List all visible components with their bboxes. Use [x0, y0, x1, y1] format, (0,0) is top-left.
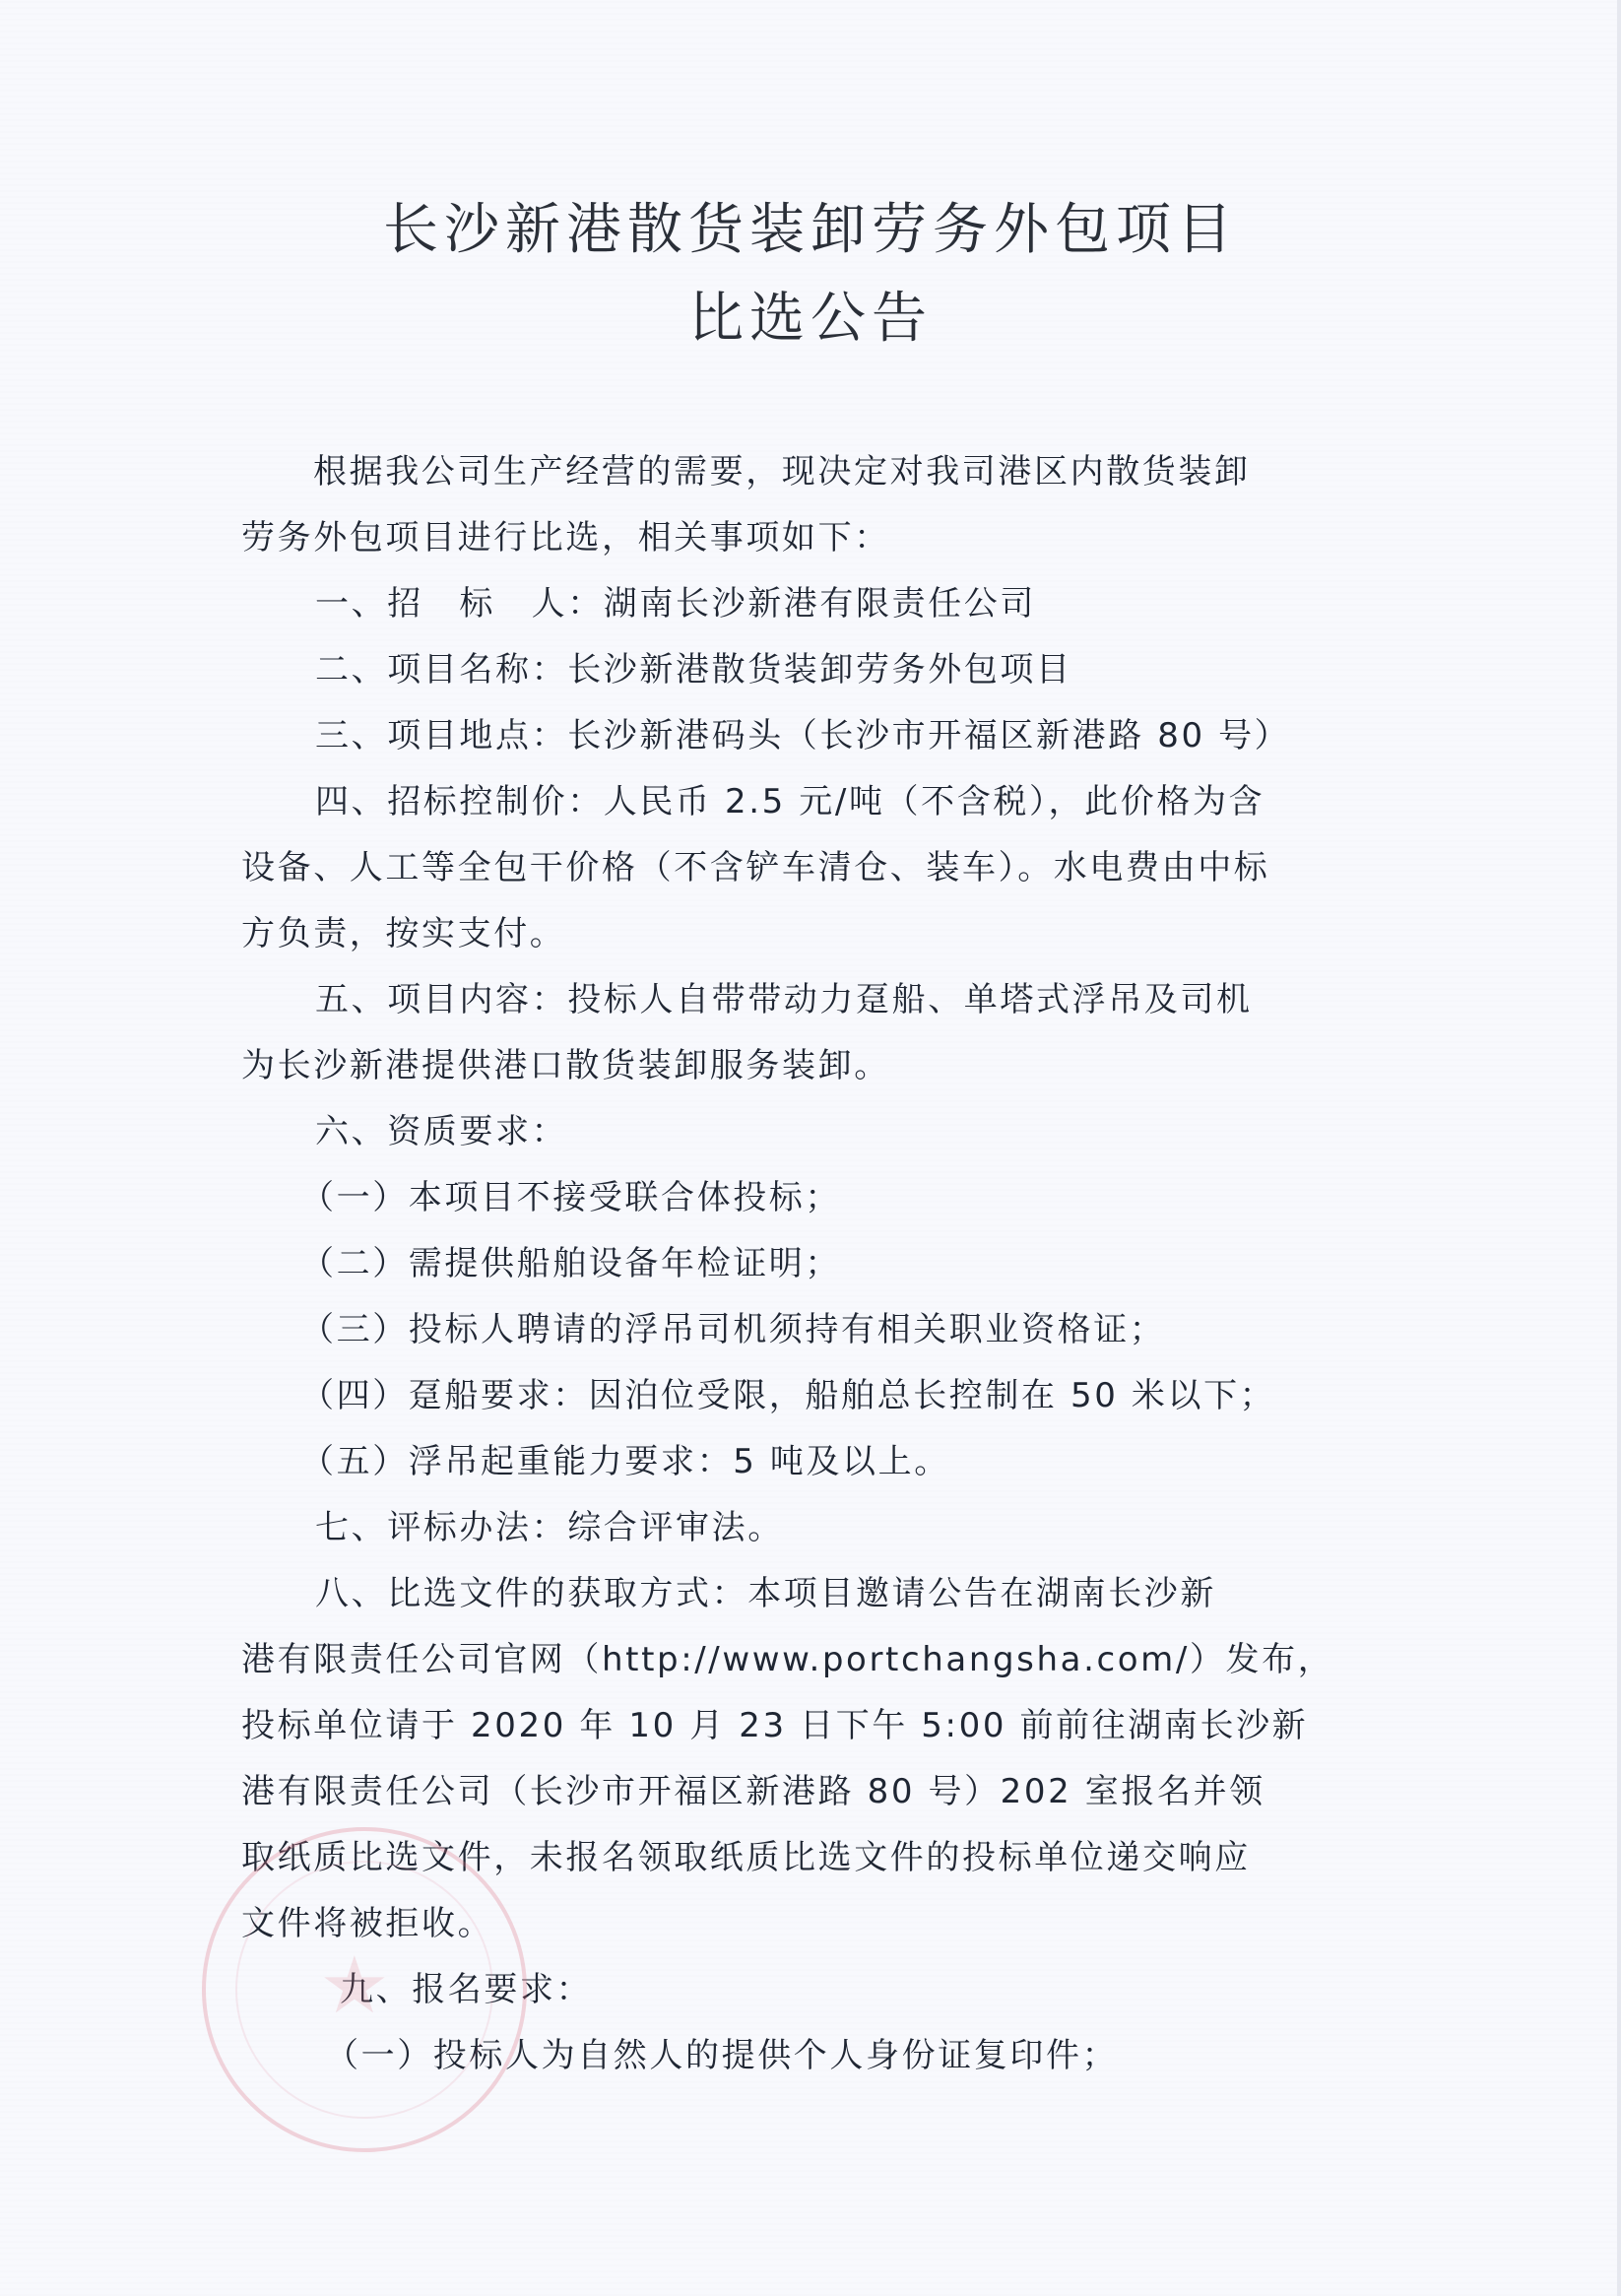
document-title-line2: 比选公告: [0, 292, 1621, 347]
body-line: 三、项目地点：长沙新港码头（长沙市开福区新港路 80 号）: [315, 719, 1290, 753]
body-line: 一、招 标 人：湖南长沙新港有限责任公司: [315, 587, 1036, 621]
document-title-line1: 长沙新港散货装卸劳务外包项目: [0, 203, 1621, 258]
body-line: 六、资质要求：: [315, 1115, 567, 1148]
scanned-page: 长沙新港散货装卸劳务外包项目 比选公告 根据我公司生产经营的需要，现决定对我司港…: [0, 0, 1621, 2296]
star-icon: ★: [319, 1939, 390, 2031]
body-line: 五、项目内容：投标人自带带动力趸船、单塔式浮吊及司机: [315, 983, 1253, 1017]
body-line: 设备、人工等全包干价格（不含铲车清仓、装车）。水电费由中标: [241, 851, 1269, 885]
body-line: 根据我公司生产经营的需要，现决定对我司港区内散货装卸: [313, 455, 1251, 489]
body-line: 港有限责任公司官网（http://www.portchangsha.com/）发…: [241, 1643, 1333, 1676]
company-seal-stamp: ★: [202, 1827, 527, 2152]
body-line: 方负责，按实支付。: [241, 917, 565, 951]
body-line: （四）趸船要求：因泊位受限，船舶总长控制在 50 米以下；: [300, 1379, 1275, 1412]
body-line: 港有限责任公司（长沙市开福区新港路 80 号）202 室报名并领: [241, 1775, 1265, 1808]
body-line: （三）投标人聘请的浮吊司机须持有相关职业资格证；: [300, 1313, 1165, 1346]
body-line: 投标单位请于 2020 年 10 月 23 日下午 5:00 前前往湖南长沙新: [241, 1709, 1308, 1742]
body-line: （一）本项目不接受联合体投标；: [300, 1181, 841, 1214]
body-line: 七、评标办法：综合评审法。: [315, 1511, 784, 1544]
body-line: （五）浮吊起重能力要求：5 吨及以上。: [300, 1445, 950, 1478]
body-line: 八、比选文件的获取方式：本项目邀请公告在湖南长沙新: [315, 1577, 1216, 1610]
body-line: 劳务外包项目进行比选，相关事项如下：: [241, 521, 890, 555]
body-line: （二）需提供船舶设备年检证明；: [300, 1247, 841, 1280]
body-line: 四、招标控制价：人民币 2.5 元/吨（不含税），此价格为含: [315, 785, 1264, 819]
body-line: 二、项目名称：长沙新港散货装卸劳务外包项目: [315, 653, 1072, 687]
body-line: 为长沙新港提供港口散货装卸服务装卸。: [241, 1049, 890, 1082]
